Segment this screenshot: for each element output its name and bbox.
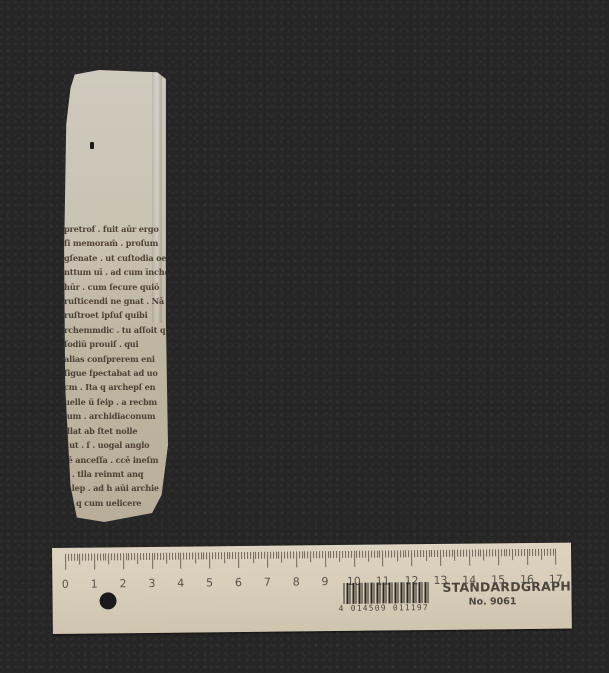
ruler-tick bbox=[175, 553, 176, 560]
ruler-tick bbox=[247, 552, 248, 559]
ruler-tick bbox=[429, 550, 430, 557]
ruler-tick bbox=[160, 553, 161, 560]
ruler-tick bbox=[501, 549, 502, 556]
ruler-tick bbox=[475, 550, 476, 557]
ruler-tick bbox=[157, 553, 158, 560]
ruler-tick bbox=[123, 553, 124, 569]
ruler-tick bbox=[284, 552, 285, 559]
ruler-tick bbox=[221, 552, 222, 559]
ruler-label: 4 bbox=[177, 577, 184, 590]
ruler-tick bbox=[379, 551, 380, 558]
ruler-tick bbox=[457, 550, 458, 557]
ruler-tick bbox=[478, 550, 479, 557]
manuscript-line: ut q cum uelicere bbox=[64, 496, 166, 510]
ruler-tick bbox=[94, 554, 95, 570]
ruler-tick bbox=[368, 551, 369, 562]
ruler-tick bbox=[524, 549, 525, 556]
ruler-label: 1 bbox=[91, 578, 98, 591]
ruler-tick bbox=[535, 549, 536, 556]
manuscript-line: cm . Ita q archepſ en bbox=[64, 380, 166, 394]
ruler-tick bbox=[91, 554, 92, 561]
ruler-tick bbox=[405, 550, 406, 557]
manuscript-line: ſodiū prouiſ . qui bbox=[64, 337, 166, 351]
ruler-tick bbox=[417, 550, 418, 557]
ruler-tick bbox=[261, 552, 262, 559]
ruler-tick bbox=[270, 552, 271, 559]
ruler-tick bbox=[322, 551, 323, 558]
ruler-label: 2 bbox=[119, 577, 126, 590]
ruler-tick bbox=[310, 551, 311, 562]
ruler-label: 0 bbox=[62, 578, 69, 591]
manuscript-line: ium . archidiaconum bbox=[64, 409, 166, 423]
ruler-tick bbox=[258, 552, 259, 559]
ruler-tick bbox=[452, 550, 453, 557]
manuscript-line: tē anceſſa . ccē ineſm bbox=[64, 453, 166, 467]
manuscript-fragment: pretrof . fuit aūr ergoſi memoram̄ . pro… bbox=[62, 70, 168, 522]
ruler-tick bbox=[397, 550, 398, 561]
ruler-tick bbox=[103, 553, 104, 560]
ruler-tick bbox=[518, 549, 519, 556]
ruler-tick bbox=[319, 551, 320, 558]
ruler-tick bbox=[541, 549, 542, 560]
ruler-tick bbox=[426, 550, 427, 561]
ruler-tick bbox=[316, 551, 317, 558]
barcode-digits: 4 014509 011197 bbox=[339, 603, 429, 613]
ruler-tick bbox=[235, 552, 236, 559]
ruler-tick bbox=[431, 550, 432, 557]
ruler-tick bbox=[120, 553, 121, 560]
ruler-tick bbox=[330, 551, 331, 558]
ruler-tick bbox=[74, 554, 75, 561]
parchment-hole bbox=[90, 142, 94, 149]
ruler-tick bbox=[218, 552, 219, 559]
ruler-tick bbox=[290, 551, 291, 558]
ruler-tick bbox=[154, 553, 155, 560]
ruler-tick bbox=[129, 553, 130, 560]
manuscript-line: ruſtroet ipſuſ quibi bbox=[64, 308, 166, 322]
ruler-tick bbox=[411, 550, 412, 566]
ruler-tick bbox=[555, 549, 556, 565]
ruler-tick bbox=[420, 550, 421, 557]
ruler-tick bbox=[238, 552, 239, 568]
ruler-tick bbox=[365, 551, 366, 558]
ruler-tick bbox=[186, 553, 187, 560]
ruler-model: No. 9061 bbox=[469, 596, 517, 608]
ruler-tick bbox=[423, 550, 424, 557]
ruler-tick bbox=[305, 551, 306, 558]
manuscript-line: alias conſprerem eni bbox=[64, 352, 166, 366]
ruler-tick bbox=[85, 554, 86, 561]
ruler-tick bbox=[455, 550, 456, 561]
ruler-tick bbox=[189, 553, 190, 560]
ruler-tick bbox=[512, 549, 513, 560]
ruler-tick bbox=[244, 552, 245, 559]
ruler-tick bbox=[180, 553, 181, 569]
ruler-tick bbox=[212, 552, 213, 559]
ruler-tick bbox=[71, 554, 72, 561]
ruler-tick bbox=[143, 553, 144, 560]
ruler-label: 3 bbox=[148, 577, 155, 590]
manuscript-line: ruſticendi ne gnat . Nā bbox=[64, 294, 166, 308]
ruler-tick bbox=[449, 550, 450, 557]
ruler-tick bbox=[134, 553, 135, 560]
ruler-tick bbox=[178, 553, 179, 560]
ruler-tick bbox=[547, 549, 548, 556]
ruler-tick bbox=[209, 552, 210, 568]
ruler-label: 9 bbox=[321, 575, 328, 588]
ruler-tick bbox=[371, 551, 372, 558]
ruler-tick bbox=[163, 553, 164, 560]
ruler: 01234567891011121314151617 4 014509 0111… bbox=[52, 543, 572, 634]
ruler-tick bbox=[137, 553, 138, 564]
ruler-tick bbox=[108, 553, 109, 564]
ruler-tick bbox=[88, 554, 89, 561]
ruler-tick bbox=[483, 549, 484, 560]
ruler-tick bbox=[146, 553, 147, 560]
ruler-tick bbox=[183, 553, 184, 560]
ruler-tick bbox=[229, 552, 230, 559]
ruler-tick bbox=[391, 550, 392, 557]
ruler-tick bbox=[65, 554, 66, 570]
ruler-tick bbox=[232, 552, 233, 559]
ruler-tick bbox=[530, 549, 531, 556]
ruler-tick bbox=[544, 549, 545, 556]
ruler-tick bbox=[498, 549, 499, 565]
ruler-tick bbox=[302, 551, 303, 558]
ruler-tick bbox=[241, 552, 242, 559]
ruler-tick bbox=[345, 551, 346, 558]
ruler-tick bbox=[504, 549, 505, 556]
ruler-tick bbox=[68, 554, 69, 561]
manuscript-line: nttum uī . ad cum īnchoati bbox=[64, 265, 166, 279]
ruler-tick bbox=[227, 552, 228, 559]
ruler-tick bbox=[206, 552, 207, 559]
ruler-tick bbox=[509, 549, 510, 556]
ruler-tick bbox=[131, 553, 132, 560]
manuscript-line: uelle ū ſeip . a recbm bbox=[64, 395, 166, 409]
ruler-tick bbox=[169, 553, 170, 560]
ruler-tick bbox=[328, 551, 329, 558]
ruler-label: 5 bbox=[206, 576, 213, 589]
manuscript-line: o . tlla reinmt anq bbox=[64, 467, 166, 481]
ruler-tick bbox=[152, 553, 153, 569]
ruler-tick bbox=[506, 549, 507, 556]
ruler-tick bbox=[351, 551, 352, 558]
ruler-tick bbox=[469, 550, 470, 566]
ruler-tick bbox=[333, 551, 334, 558]
ruler-tick bbox=[374, 551, 375, 558]
ruler-tick bbox=[281, 552, 282, 563]
ruler-tick bbox=[388, 550, 389, 557]
ruler-tick bbox=[293, 551, 294, 558]
ruler-tick bbox=[359, 551, 360, 558]
ruler-label: 6 bbox=[235, 576, 242, 589]
manuscript-line: pretrof . fuit aūr ergo bbox=[64, 222, 166, 236]
ruler-tick bbox=[466, 550, 467, 557]
ruler-tick bbox=[273, 552, 274, 559]
manuscript-text: pretrof . fuit aūr ergoſi memoram̄ . pro… bbox=[64, 222, 166, 512]
ruler-tick bbox=[325, 551, 326, 567]
photo-scene: pretrof . fuit aūr ergoſi memoram̄ . pro… bbox=[0, 0, 609, 673]
ruler-tick bbox=[460, 550, 461, 557]
ruler-tick bbox=[336, 551, 337, 558]
ruler-tick bbox=[348, 551, 349, 558]
ruler-tick bbox=[382, 551, 383, 567]
ruler-tick bbox=[521, 549, 522, 556]
manuscript-line: illat ab ſtet nolle bbox=[64, 424, 166, 438]
ruler-tick bbox=[287, 552, 288, 559]
ruler-tick bbox=[527, 549, 528, 565]
ruler-tick bbox=[437, 550, 438, 557]
ruler-tick bbox=[166, 553, 167, 564]
ruler-tick bbox=[356, 551, 357, 558]
ruler-tick bbox=[255, 552, 256, 559]
ruler-tick bbox=[204, 552, 205, 559]
ruler-brand: STANDARDGRAPH bbox=[442, 579, 571, 595]
ruler-tick bbox=[195, 552, 196, 563]
ruler-tick bbox=[279, 552, 280, 559]
ruler-ticks: 01234567891011121314151617 bbox=[52, 549, 571, 574]
ruler-tick bbox=[299, 551, 300, 558]
ruler-tick bbox=[296, 551, 297, 567]
ruler-tick bbox=[385, 550, 386, 557]
ruler-tick bbox=[463, 550, 464, 557]
ruler-tick bbox=[354, 551, 355, 567]
ruler-tick bbox=[403, 550, 404, 557]
manuscript-line: gſenate . ut cuſtodia oeſ bbox=[64, 251, 166, 265]
barcode bbox=[343, 582, 429, 604]
ruler-label: 7 bbox=[264, 576, 271, 589]
manuscript-line: ſi memoram̄ . proſum bbox=[64, 236, 166, 250]
ruler-tick bbox=[250, 552, 251, 559]
ruler-tick bbox=[77, 554, 78, 561]
manuscript-line: a lep . ad h aūi archie bbox=[64, 481, 166, 495]
ruler-tick bbox=[192, 553, 193, 560]
ruler-tick bbox=[553, 549, 554, 556]
manuscript-line: ſigue ſpectabat ad uo bbox=[64, 366, 166, 380]
ruler-tick bbox=[267, 552, 268, 568]
ruler-hole bbox=[99, 592, 116, 609]
ruler-tick bbox=[515, 549, 516, 556]
ruler-tick bbox=[489, 549, 490, 556]
ruler-tick bbox=[443, 550, 444, 557]
ruler-tick bbox=[198, 552, 199, 559]
ruler-tick bbox=[342, 551, 343, 558]
ruler-tick bbox=[100, 553, 101, 560]
ruler-tick bbox=[377, 551, 378, 558]
manuscript-line: aut . ſ . uogal anglo bbox=[64, 438, 166, 452]
ruler-tick bbox=[97, 554, 98, 561]
ruler-tick bbox=[486, 549, 487, 556]
ruler-tick bbox=[126, 553, 127, 560]
ruler-tick bbox=[224, 552, 225, 563]
ruler-tick bbox=[105, 553, 106, 560]
ruler-tick bbox=[538, 549, 539, 556]
ruler-tick bbox=[264, 552, 265, 559]
ruler-tick bbox=[149, 553, 150, 560]
ruler-tick bbox=[394, 550, 395, 557]
ruler-tick bbox=[362, 551, 363, 558]
ruler-tick bbox=[495, 549, 496, 556]
ruler-tick bbox=[253, 552, 254, 563]
ruler-tick bbox=[480, 550, 481, 557]
manuscript-line: ut penunſ q ergo bbox=[64, 510, 166, 512]
ruler-tick bbox=[82, 554, 83, 561]
ruler-tick bbox=[400, 550, 401, 557]
ruler-tick bbox=[532, 549, 533, 556]
ruler-tick bbox=[307, 551, 308, 558]
ruler-tick bbox=[440, 550, 441, 566]
ruler-tick bbox=[79, 554, 80, 565]
ruler-tick bbox=[313, 551, 314, 558]
ruler-tick bbox=[276, 552, 277, 559]
ruler-tick bbox=[201, 552, 202, 559]
ruler-tick bbox=[492, 549, 493, 556]
ruler-tick bbox=[172, 553, 173, 560]
ruler-tick bbox=[339, 551, 340, 562]
ruler-tick bbox=[117, 553, 118, 560]
ruler-tick bbox=[446, 550, 447, 557]
ruler-tick bbox=[472, 550, 473, 557]
manuscript-line: rchemmdic . tu aſſoit q bbox=[64, 323, 166, 337]
ruler-label: 8 bbox=[293, 575, 300, 588]
ruler-tick bbox=[550, 549, 551, 556]
ruler-tick bbox=[414, 550, 415, 557]
ruler-tick bbox=[140, 553, 141, 560]
ruler-tick bbox=[114, 553, 115, 560]
ruler-tick bbox=[408, 550, 409, 557]
ruler-tick bbox=[111, 553, 112, 560]
ruler-tick bbox=[434, 550, 435, 557]
ruler-tick bbox=[215, 552, 216, 559]
manuscript-line: hūr . cum ſecure quiō bbox=[64, 280, 166, 294]
